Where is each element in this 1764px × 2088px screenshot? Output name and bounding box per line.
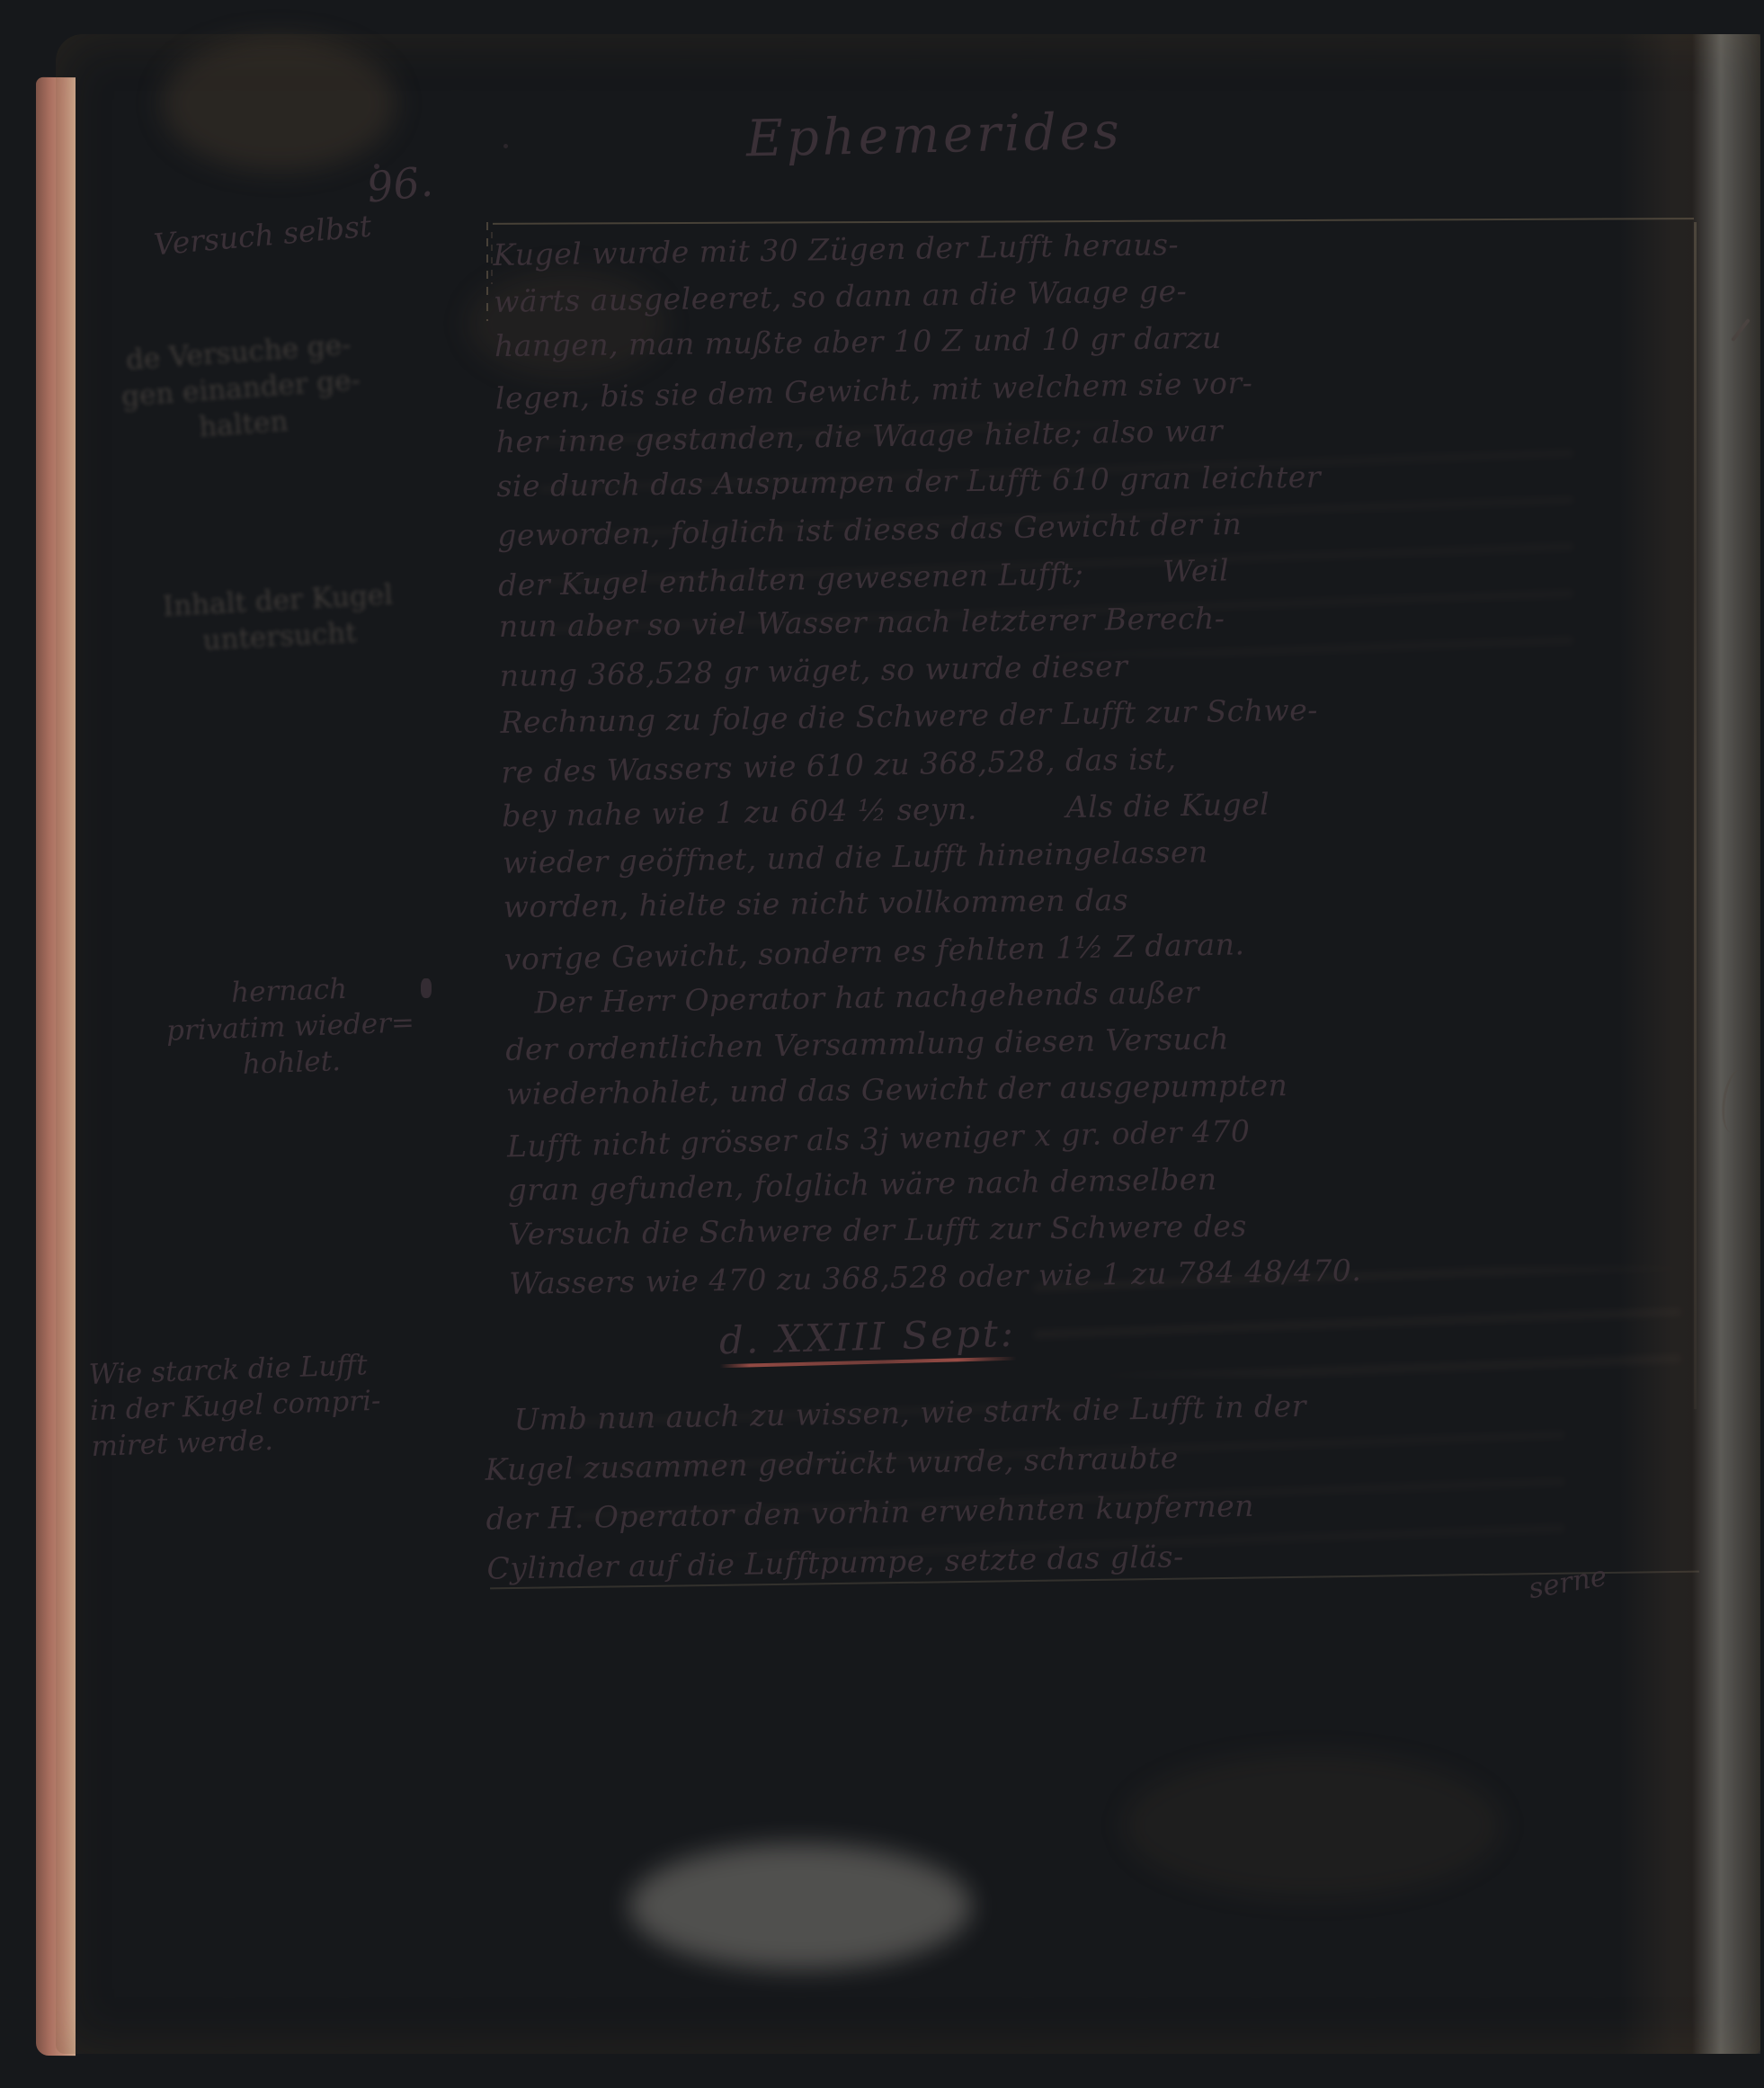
date-heading-text: d. XXIII Sept: [718, 1311, 1016, 1363]
paragraph-3: Umb nun auch zu wissen, wie stark die Lu… [484, 1374, 1697, 1593]
ink-speck [374, 164, 379, 169]
paragraph-3-lines: Umb nun auch zu wissen, wie stark die Lu… [484, 1374, 1697, 1593]
paragraph-2: Der Herr Operator hat nachgehends außerd… [504, 961, 1711, 1307]
margin-note-hernach: hernachprivatim wieder=hohlet. [140, 968, 441, 1085]
margin-note-wie-starck: Wie starck die Lufftin der Kugel compri-… [88, 1344, 451, 1465]
manuscript-scan: Ephemerides 96. Versuch selbst de Versuc… [0, 0, 1764, 2088]
margin-note-bleedthrough-1: de Versuche ge-gen einander ge-halten [94, 325, 388, 452]
stain [629, 1843, 971, 1969]
ink-blot [421, 978, 432, 998]
main-text-block: Kugel wurde mit 30 Zügen der Lufft herau… [493, 213, 1711, 1307]
stain [1124, 1753, 1501, 1897]
frame-rule-left [486, 222, 488, 321]
stain [162, 36, 396, 171]
page-title: Ephemerides [745, 103, 1123, 169]
ink-speck [503, 144, 508, 148]
date-heading: d. XXIII Sept: [718, 1311, 1016, 1369]
paragraph-1: Kugel wurde mit 30 Zügen der Lufft herau… [493, 213, 1706, 980]
